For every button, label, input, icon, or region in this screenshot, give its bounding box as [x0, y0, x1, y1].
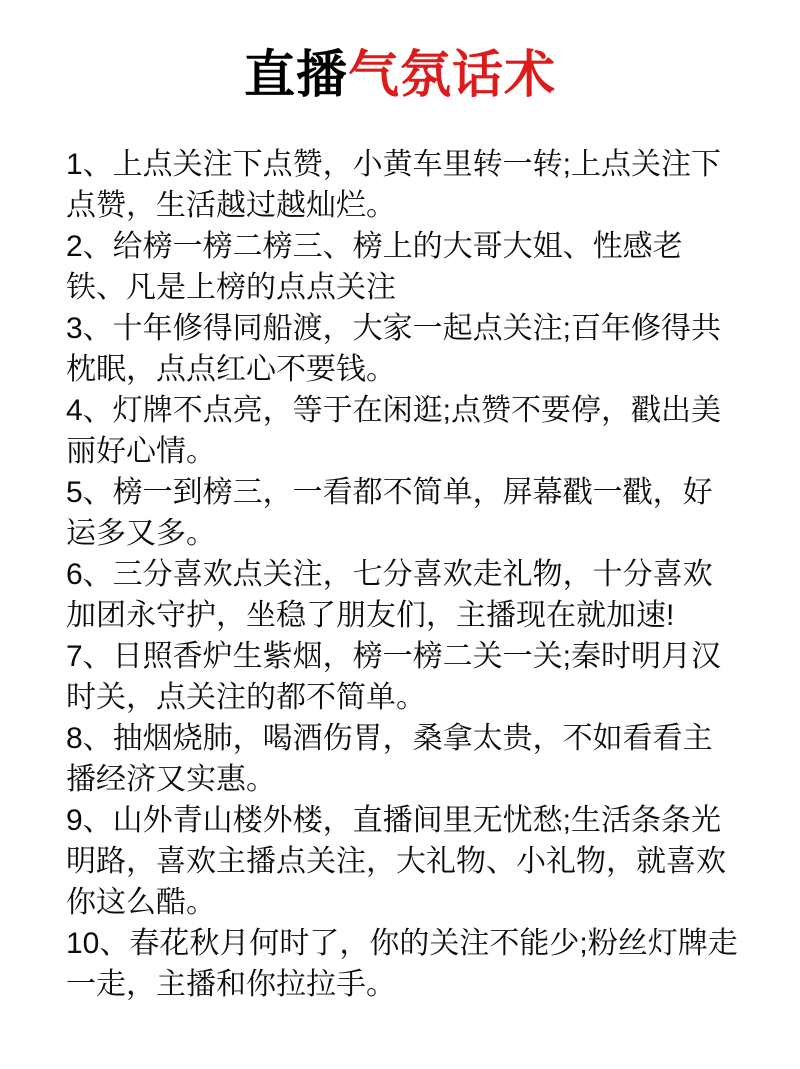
livestream-script-card: 直播气氛话术 1、上点关注下点赞，小黄车里转一转;上点关注下点赞，生活越过越灿烂…: [0, 0, 800, 1069]
list-item: 6、三分喜欢点关注，七分喜欢走礼物，十分喜欢加团永守护，坐稳了朋友们，主播现在就…: [66, 554, 740, 636]
list-item: 4、灯牌不点亮，等于在闲逛;点赞不要停，戳出美丽好心情。: [66, 390, 740, 472]
list-item: 5、榜一到榜三，一看都不简单，屏幕戳一戳，好运多又多。: [66, 472, 740, 554]
tips-list: 1、上点关注下点赞，小黄车里转一转;上点关注下点赞，生活越过越灿烂。 2、给榜一…: [0, 108, 800, 1005]
page-title-red-part: 气氛话术: [348, 46, 556, 103]
list-item: 2、给榜一榜二榜三、榜上的大哥大姐、性感老铁、凡是上榜的点点关注: [66, 226, 740, 308]
page-title: 直播气氛话术: [0, 42, 800, 108]
list-item: 9、山外青山楼外楼，直播间里无忧愁;生活条条光明路，喜欢主播点关注，大礼物、小礼…: [66, 800, 740, 923]
list-item: 8、抽烟烧肺，喝酒伤胃，桑拿太贵，不如看看主播经济又实惠。: [66, 718, 740, 800]
list-item: 7、日照香炉生紫烟，榜一榜二关一关;秦时明月汉时关，点关注的都不简单。: [66, 636, 740, 718]
list-item: 3、十年修得同船渡，大家一起点关注;百年修得共枕眠，点点红心不要钱。: [66, 308, 740, 390]
list-item: 10、春花秋月何时了，你的关注不能少;粉丝灯牌走一走，主播和你拉拉手。: [66, 923, 740, 1005]
list-item: 1、上点关注下点赞，小黄车里转一转;上点关注下点赞，生活越过越灿烂。: [66, 144, 740, 226]
page-title-black-part: 直播: [244, 46, 348, 103]
